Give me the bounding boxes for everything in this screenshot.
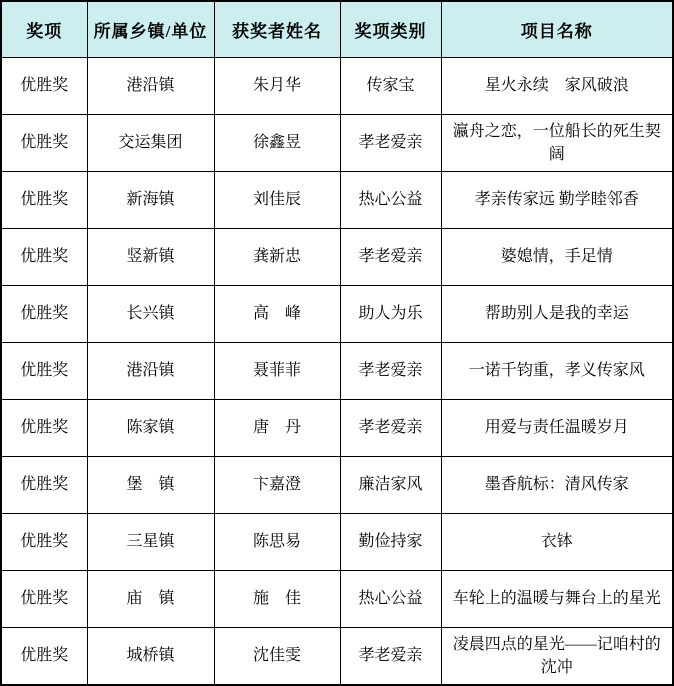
table-row: 优胜奖港沿镇聂菲菲孝老爱亲一诺千钧重，孝义传家风 [1,343,673,400]
table-cell: 港沿镇 [87,343,214,400]
table-cell: 优胜奖 [1,58,87,115]
table-row: 优胜奖新海镇刘佳辰热心公益孝亲传家远 勤学睦邻香 [1,172,673,229]
table-cell: 徐鑫昱 [214,115,340,172]
table-cell: 堡 镇 [87,457,214,514]
table-cell: 陈思易 [214,514,340,571]
table-row: 奖项所属乡镇/单位获奖者姓名奖项类别项目名称 [1,1,673,58]
table-cell: 朱月华 [214,58,340,115]
table-cell: 刘佳辰 [214,172,340,229]
table-cell: 优胜奖 [1,229,87,286]
table-cell: 聂菲菲 [214,343,340,400]
table-cell: 优胜奖 [1,628,87,686]
table-cell: 热心公益 [340,172,441,229]
table-cell: 卞嘉澄 [214,457,340,514]
table-cell: 用爱与责任温暖岁月 [441,400,673,457]
table-cell: 优胜奖 [1,172,87,229]
column-header: 获奖者姓名 [214,1,340,58]
table-cell: 墨香航标：清风传家 [441,457,673,514]
table-cell: 优胜奖 [1,457,87,514]
table-cell: 城桥镇 [87,628,214,686]
table-cell: 婆媳情，手足情 [441,229,673,286]
table-body: 优胜奖港沿镇朱月华传家宝星火永续 家风破浪优胜奖交运集团徐鑫昱孝老爱亲瀛舟之恋，… [1,58,673,686]
table-header-row: 奖项所属乡镇/单位获奖者姓名奖项类别项目名称 [1,1,673,58]
table-row: 优胜奖竖新镇龚新忠孝老爱亲婆媳情，手足情 [1,229,673,286]
table-cell: 孝老爱亲 [340,628,441,686]
table-row: 优胜奖三星镇陈思易勤俭持家衣钵 [1,514,673,571]
table-cell: 港沿镇 [87,58,214,115]
table-row: 优胜奖长兴镇高 峰助人为乐帮助别人是我的幸运 [1,286,673,343]
table-cell: 热心公益 [340,571,441,628]
table-row: 优胜奖庙 镇施 佳热心公益车轮上的温暖与舞台上的星光 [1,571,673,628]
table-cell: 孝老爱亲 [340,115,441,172]
table-cell: 孝老爱亲 [340,343,441,400]
table-cell: 高 峰 [214,286,340,343]
table-cell: 竖新镇 [87,229,214,286]
table-cell: 沈佳雯 [214,628,340,686]
table-row: 优胜奖港沿镇朱月华传家宝星火永续 家风破浪 [1,58,673,115]
table-cell: 唐 丹 [214,400,340,457]
column-header: 项目名称 [441,1,673,58]
table-cell: 陈家镇 [87,400,214,457]
table-row: 优胜奖陈家镇唐 丹孝老爱亲用爱与责任温暖岁月 [1,400,673,457]
table-cell: 帮助别人是我的幸运 [441,286,673,343]
table-cell: 长兴镇 [87,286,214,343]
table-cell: 优胜奖 [1,571,87,628]
column-header: 奖项类别 [340,1,441,58]
table-cell: 瀛舟之恋，一位船长的死生契阔 [441,115,673,172]
table-cell: 优胜奖 [1,514,87,571]
table-row: 优胜奖交运集团徐鑫昱孝老爱亲瀛舟之恋，一位船长的死生契阔 [1,115,673,172]
table-cell: 孝老爱亲 [340,229,441,286]
table-cell: 一诺千钧重，孝义传家风 [441,343,673,400]
table-cell: 交运集团 [87,115,214,172]
table-row: 优胜奖堡 镇卞嘉澄廉洁家风墨香航标：清风传家 [1,457,673,514]
column-header: 所属乡镇/单位 [87,1,214,58]
table-cell: 孝亲传家远 勤学睦邻香 [441,172,673,229]
table-cell: 星火永续 家风破浪 [441,58,673,115]
table-cell: 孝老爱亲 [340,400,441,457]
table-cell: 优胜奖 [1,400,87,457]
table-cell: 助人为乐 [340,286,441,343]
table-cell: 优胜奖 [1,343,87,400]
table-cell: 廉洁家风 [340,457,441,514]
column-header: 奖项 [1,1,87,58]
table-cell: 龚新忠 [214,229,340,286]
table-cell: 车轮上的温暖与舞台上的星光 [441,571,673,628]
table-cell: 优胜奖 [1,115,87,172]
table-cell: 施 佳 [214,571,340,628]
awards-table: 奖项所属乡镇/单位获奖者姓名奖项类别项目名称 优胜奖港沿镇朱月华传家宝星火永续 … [0,0,674,686]
table-row: 优胜奖城桥镇沈佳雯孝老爱亲凌晨四点的星光——记咱村的沈冲 [1,628,673,686]
table-cell: 凌晨四点的星光——记咱村的沈冲 [441,628,673,686]
table-cell: 庙 镇 [87,571,214,628]
table-cell: 衣钵 [441,514,673,571]
table-cell: 传家宝 [340,58,441,115]
table-cell: 三星镇 [87,514,214,571]
table-cell: 优胜奖 [1,286,87,343]
table-cell: 勤俭持家 [340,514,441,571]
table-cell: 新海镇 [87,172,214,229]
